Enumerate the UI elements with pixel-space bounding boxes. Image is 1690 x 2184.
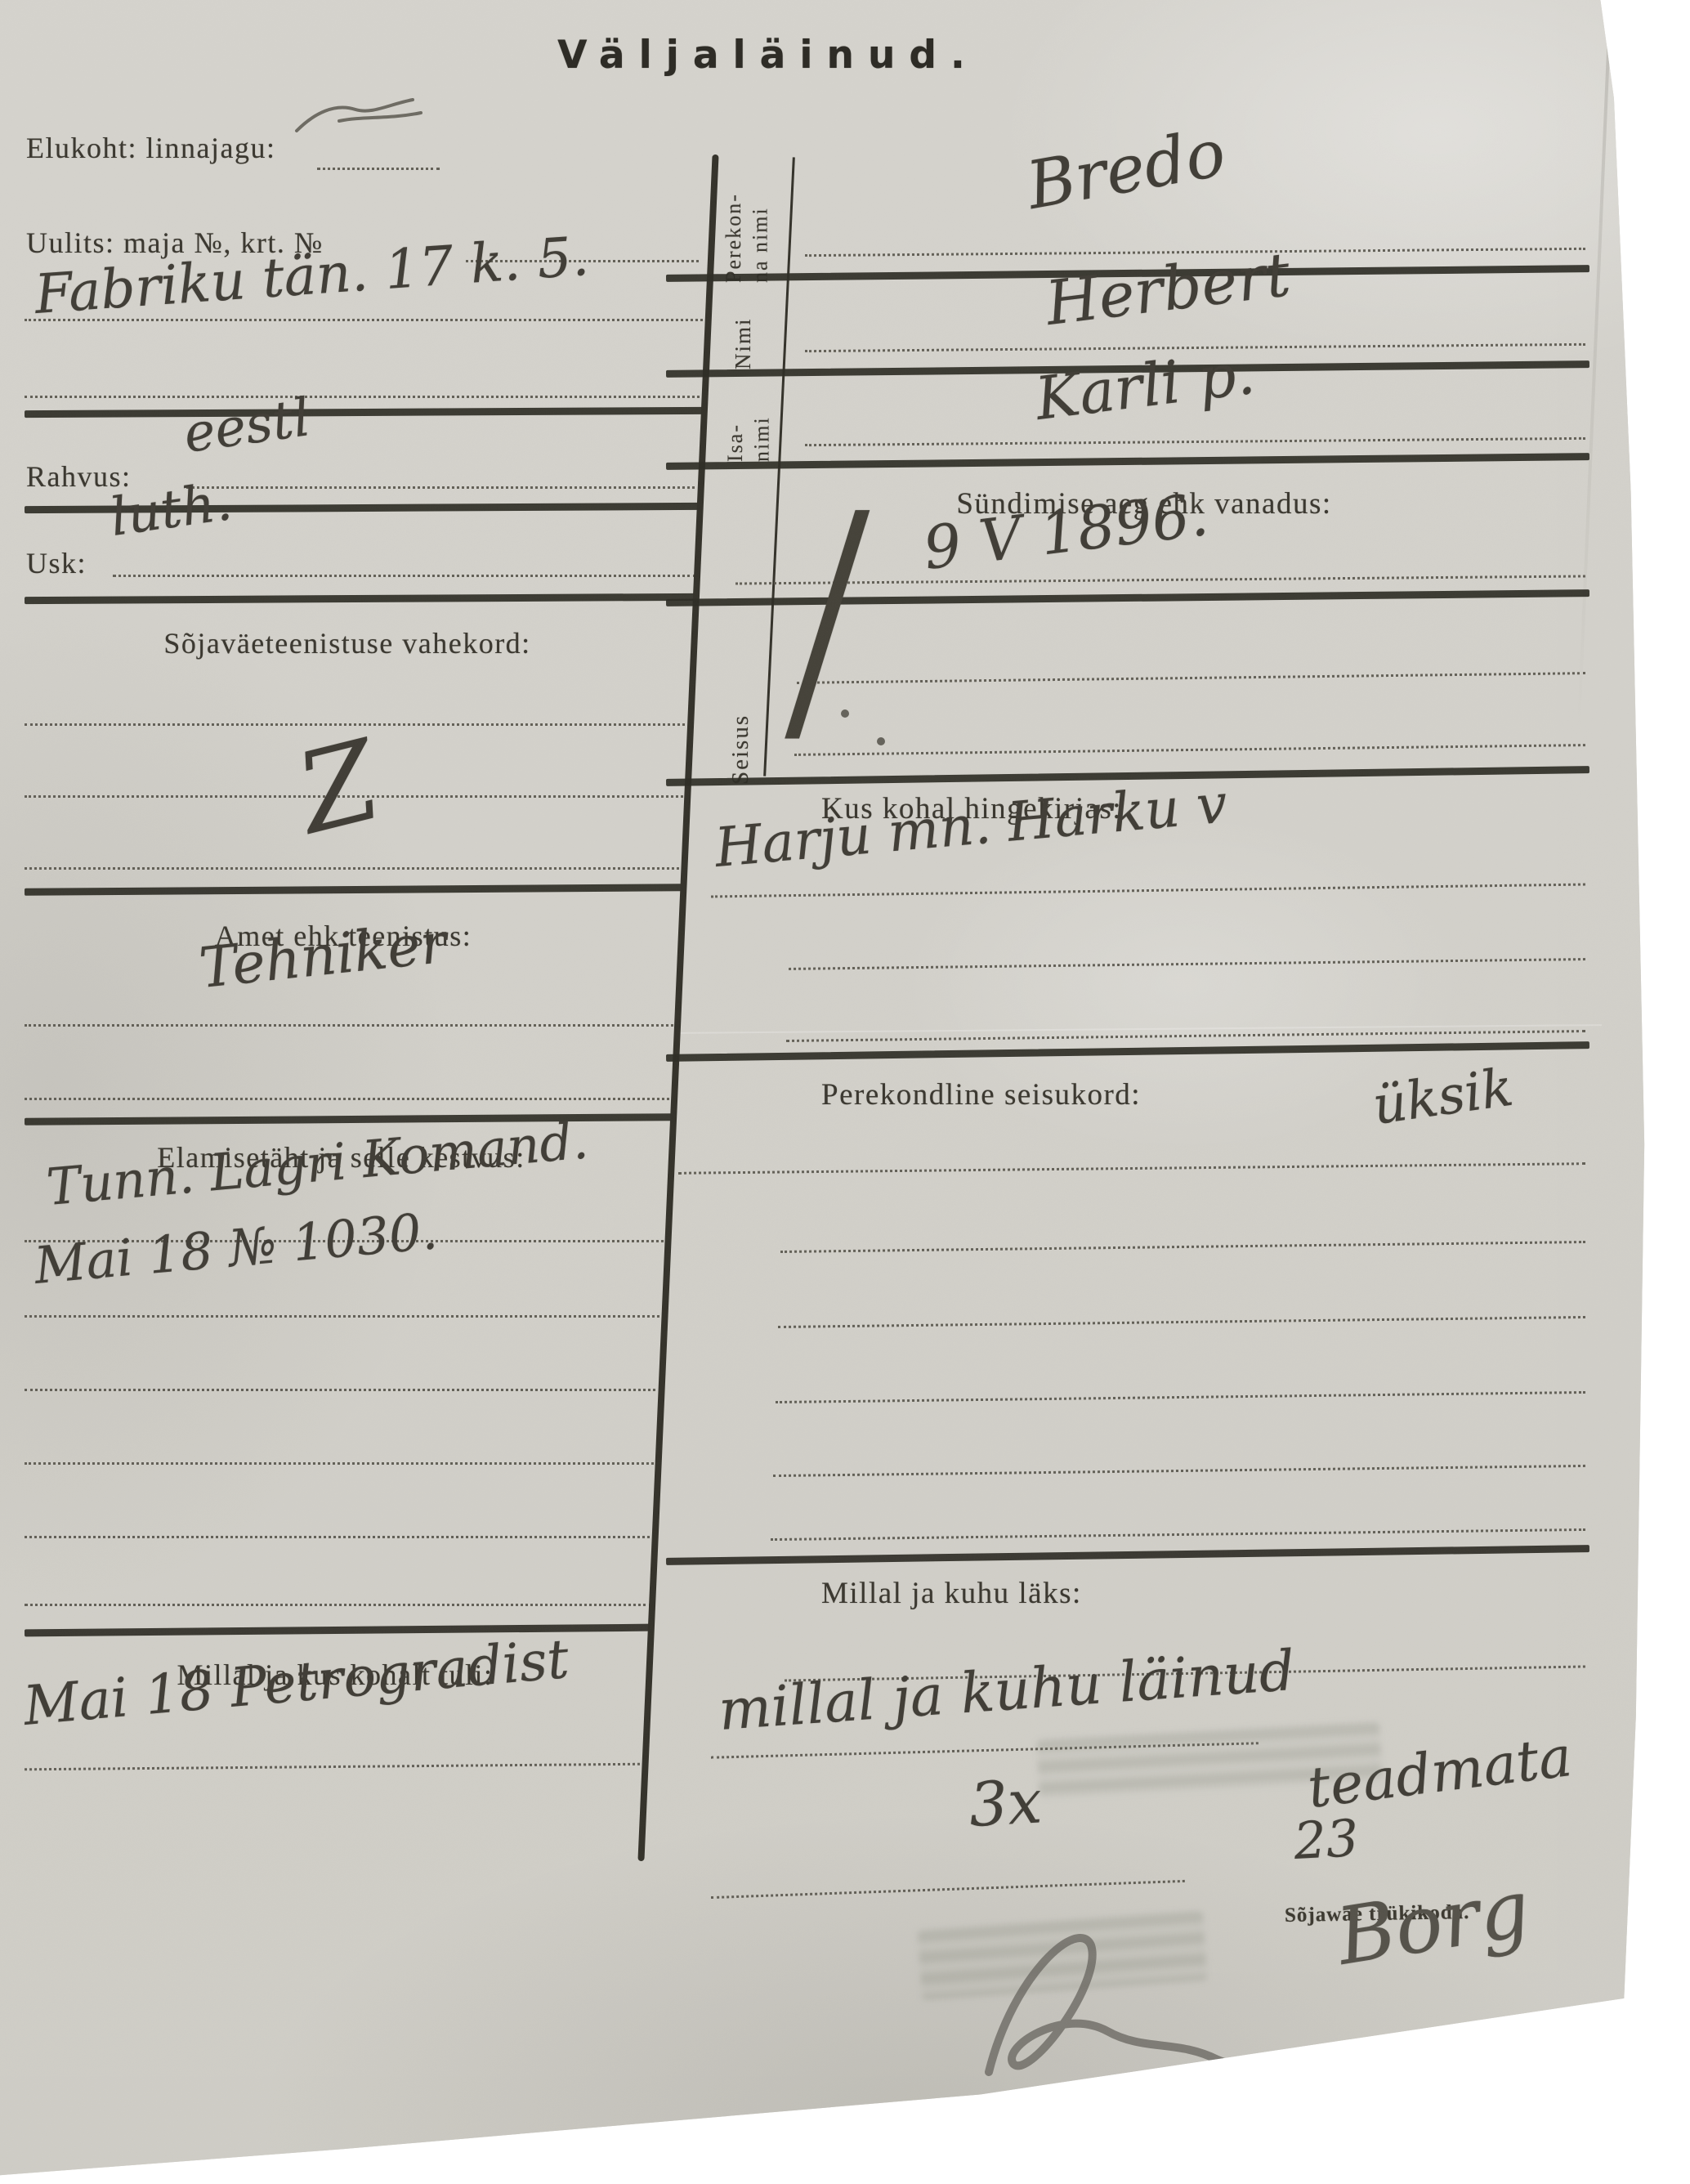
section-rule — [25, 407, 704, 418]
residence-dotted-line — [317, 168, 440, 170]
departure-mark: 3x — [968, 1771, 1044, 1836]
paper-sheet: Väljaläinud. Elukoht: linnajagu: Uulits:… — [0, 0, 1690, 2184]
father-dotted-line — [805, 437, 1585, 446]
family-dotted-line — [678, 1162, 1585, 1175]
religion-value: luth. — [107, 476, 235, 544]
name-row-label: Nimi — [730, 288, 758, 369]
name-label: Nimi — [730, 288, 758, 369]
blank-dotted-line — [25, 1389, 661, 1391]
status-dotted-line-1 — [797, 672, 1585, 684]
father-name-row-label: Isa- nimi — [722, 380, 776, 462]
departure-number: 23 — [1293, 1813, 1360, 1867]
row-rule — [666, 1041, 1589, 1062]
residence-label: Elukoht: linnajagu: — [26, 131, 275, 165]
permit-dotted-line-2 — [25, 1315, 664, 1318]
father-name-value: Karli p. — [1032, 343, 1258, 428]
status-row-label: Seisus — [726, 638, 755, 785]
religion-label: Usk: — [26, 546, 87, 580]
residence-permit-line2: Mai 18 № 1030. — [33, 1206, 440, 1291]
paper-crease — [1577, 45, 1611, 731]
blank-dotted-line — [780, 1241, 1585, 1253]
occupation-dotted-line-1 — [25, 1024, 677, 1027]
nationality-value: eestl — [181, 392, 313, 461]
blank-dotted-line — [25, 1462, 658, 1465]
nationality-dotted-line — [186, 486, 700, 489]
departure-note: millal ja kuhu läinud — [717, 1644, 1296, 1739]
status-dotted-line-2 — [794, 744, 1585, 756]
status-label: Seisus — [726, 638, 755, 785]
section-rule — [25, 884, 683, 896]
section-rule — [25, 593, 695, 604]
father-label-line2: nimi — [749, 380, 776, 462]
registry-dotted-line — [711, 884, 1585, 898]
arrival-value: Mai 18 Petrogradist — [21, 1632, 570, 1734]
family-status-label: Perekondline seisukord: — [821, 1077, 1141, 1112]
pencil-scribble-mark — [290, 88, 429, 145]
arrival-dotted-line — [25, 1763, 645, 1771]
form-title: Väljaläinud. — [384, 33, 1152, 78]
surname-label-line1: Perekon- — [721, 160, 748, 283]
blank-dotted-line — [778, 1316, 1585, 1328]
departure-label: Millal ja kuhu läks: — [821, 1576, 1082, 1611]
surname-label-line2: na nimi — [748, 160, 775, 283]
military-dotted-line-3 — [25, 867, 684, 870]
blank-dotted-line — [773, 1465, 1585, 1477]
street-dotted-line — [25, 319, 708, 321]
religion-dotted-line — [113, 575, 696, 577]
name-value: Herbert — [1043, 244, 1294, 334]
family-status-value: üksik — [1370, 1062, 1516, 1133]
military-service-label: Sõjaväeteenistuse vahekord: — [25, 626, 670, 660]
surname-value: Bredo — [1022, 120, 1230, 219]
status-ink-dots — [834, 699, 907, 756]
surname-row-label: Perekon- na nimi — [721, 160, 774, 283]
row-rule — [666, 1545, 1589, 1565]
pencil-signature — [956, 1909, 1446, 2105]
blank-dotted-line — [771, 1528, 1585, 1541]
residence-permit-line1: Tunn. Lagri Komand. — [45, 1115, 590, 1213]
blank-dotted-line — [789, 958, 1585, 970]
scanned-registration-card: Väljaläinud. Elukoht: linnajagu: Uulits:… — [0, 0, 1690, 2184]
occupation-dotted-line-2 — [25, 1098, 674, 1100]
blank-dotted-line — [25, 396, 704, 398]
blank-dotted-line — [776, 1391, 1585, 1403]
departure-dotted-line-3 — [711, 1880, 1185, 1899]
blank-dotted-line — [25, 1536, 655, 1538]
military-value-mark: Z — [288, 724, 389, 850]
father-label-line1: Isa- — [722, 380, 749, 462]
blank-dotted-line — [25, 1604, 652, 1606]
